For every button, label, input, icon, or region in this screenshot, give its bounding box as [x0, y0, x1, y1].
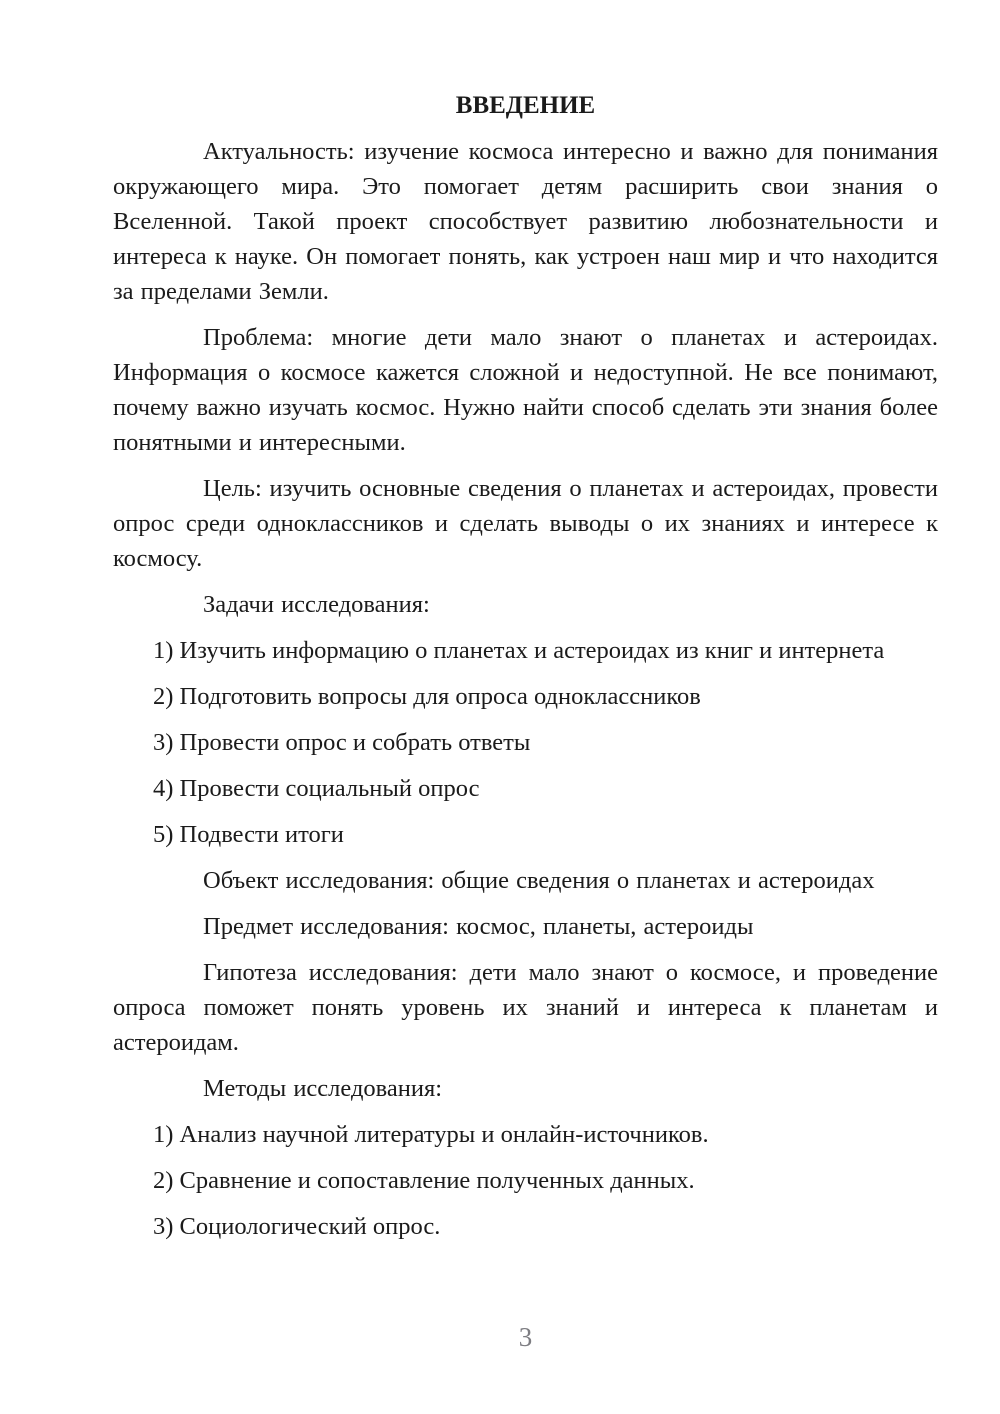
paragraph-actuality: Актуальность: изучение космоса интересно… — [113, 134, 938, 309]
tasks-heading: Задачи исследования: — [113, 587, 938, 622]
document-content: ВВЕДЕНИЕ Актуальность: изучение космоса … — [113, 88, 938, 1244]
document-page: ВВЕДЕНИЕ Актуальность: изучение космоса … — [0, 0, 1000, 1414]
method-item-1: 1) Анализ научной литературы и онлайн-ис… — [113, 1117, 938, 1152]
page-title: ВВЕДЕНИЕ — [113, 88, 938, 123]
method-item-2: 2) Сравнение и сопоставление полученных … — [113, 1163, 938, 1198]
task-item-5: 5) Подвести итоги — [113, 817, 938, 852]
paragraph-hypothesis: Гипотеза исследования: дети мало знают о… — [113, 955, 938, 1060]
paragraph-goal: Цель: изучить основные сведения о планет… — [113, 471, 938, 576]
paragraph-problem: Проблема: многие дети мало знают о плане… — [113, 320, 938, 460]
page-number: 3 — [113, 1320, 938, 1355]
task-item-4: 4) Провести социальный опрос — [113, 771, 938, 806]
paragraph-object: Объект исследования: общие сведения о пл… — [113, 863, 938, 898]
paragraph-subject: Предмет исследования: космос, планеты, а… — [113, 909, 938, 944]
task-item-3: 3) Провести опрос и собрать ответы — [113, 725, 938, 760]
method-item-3: 3) Социологический опрос. — [113, 1209, 938, 1244]
task-item-2: 2) Подготовить вопросы для опроса однокл… — [113, 679, 938, 714]
methods-heading: Методы исследования: — [113, 1071, 938, 1106]
task-item-1: 1) Изучить информацию о планетах и астер… — [113, 633, 938, 668]
